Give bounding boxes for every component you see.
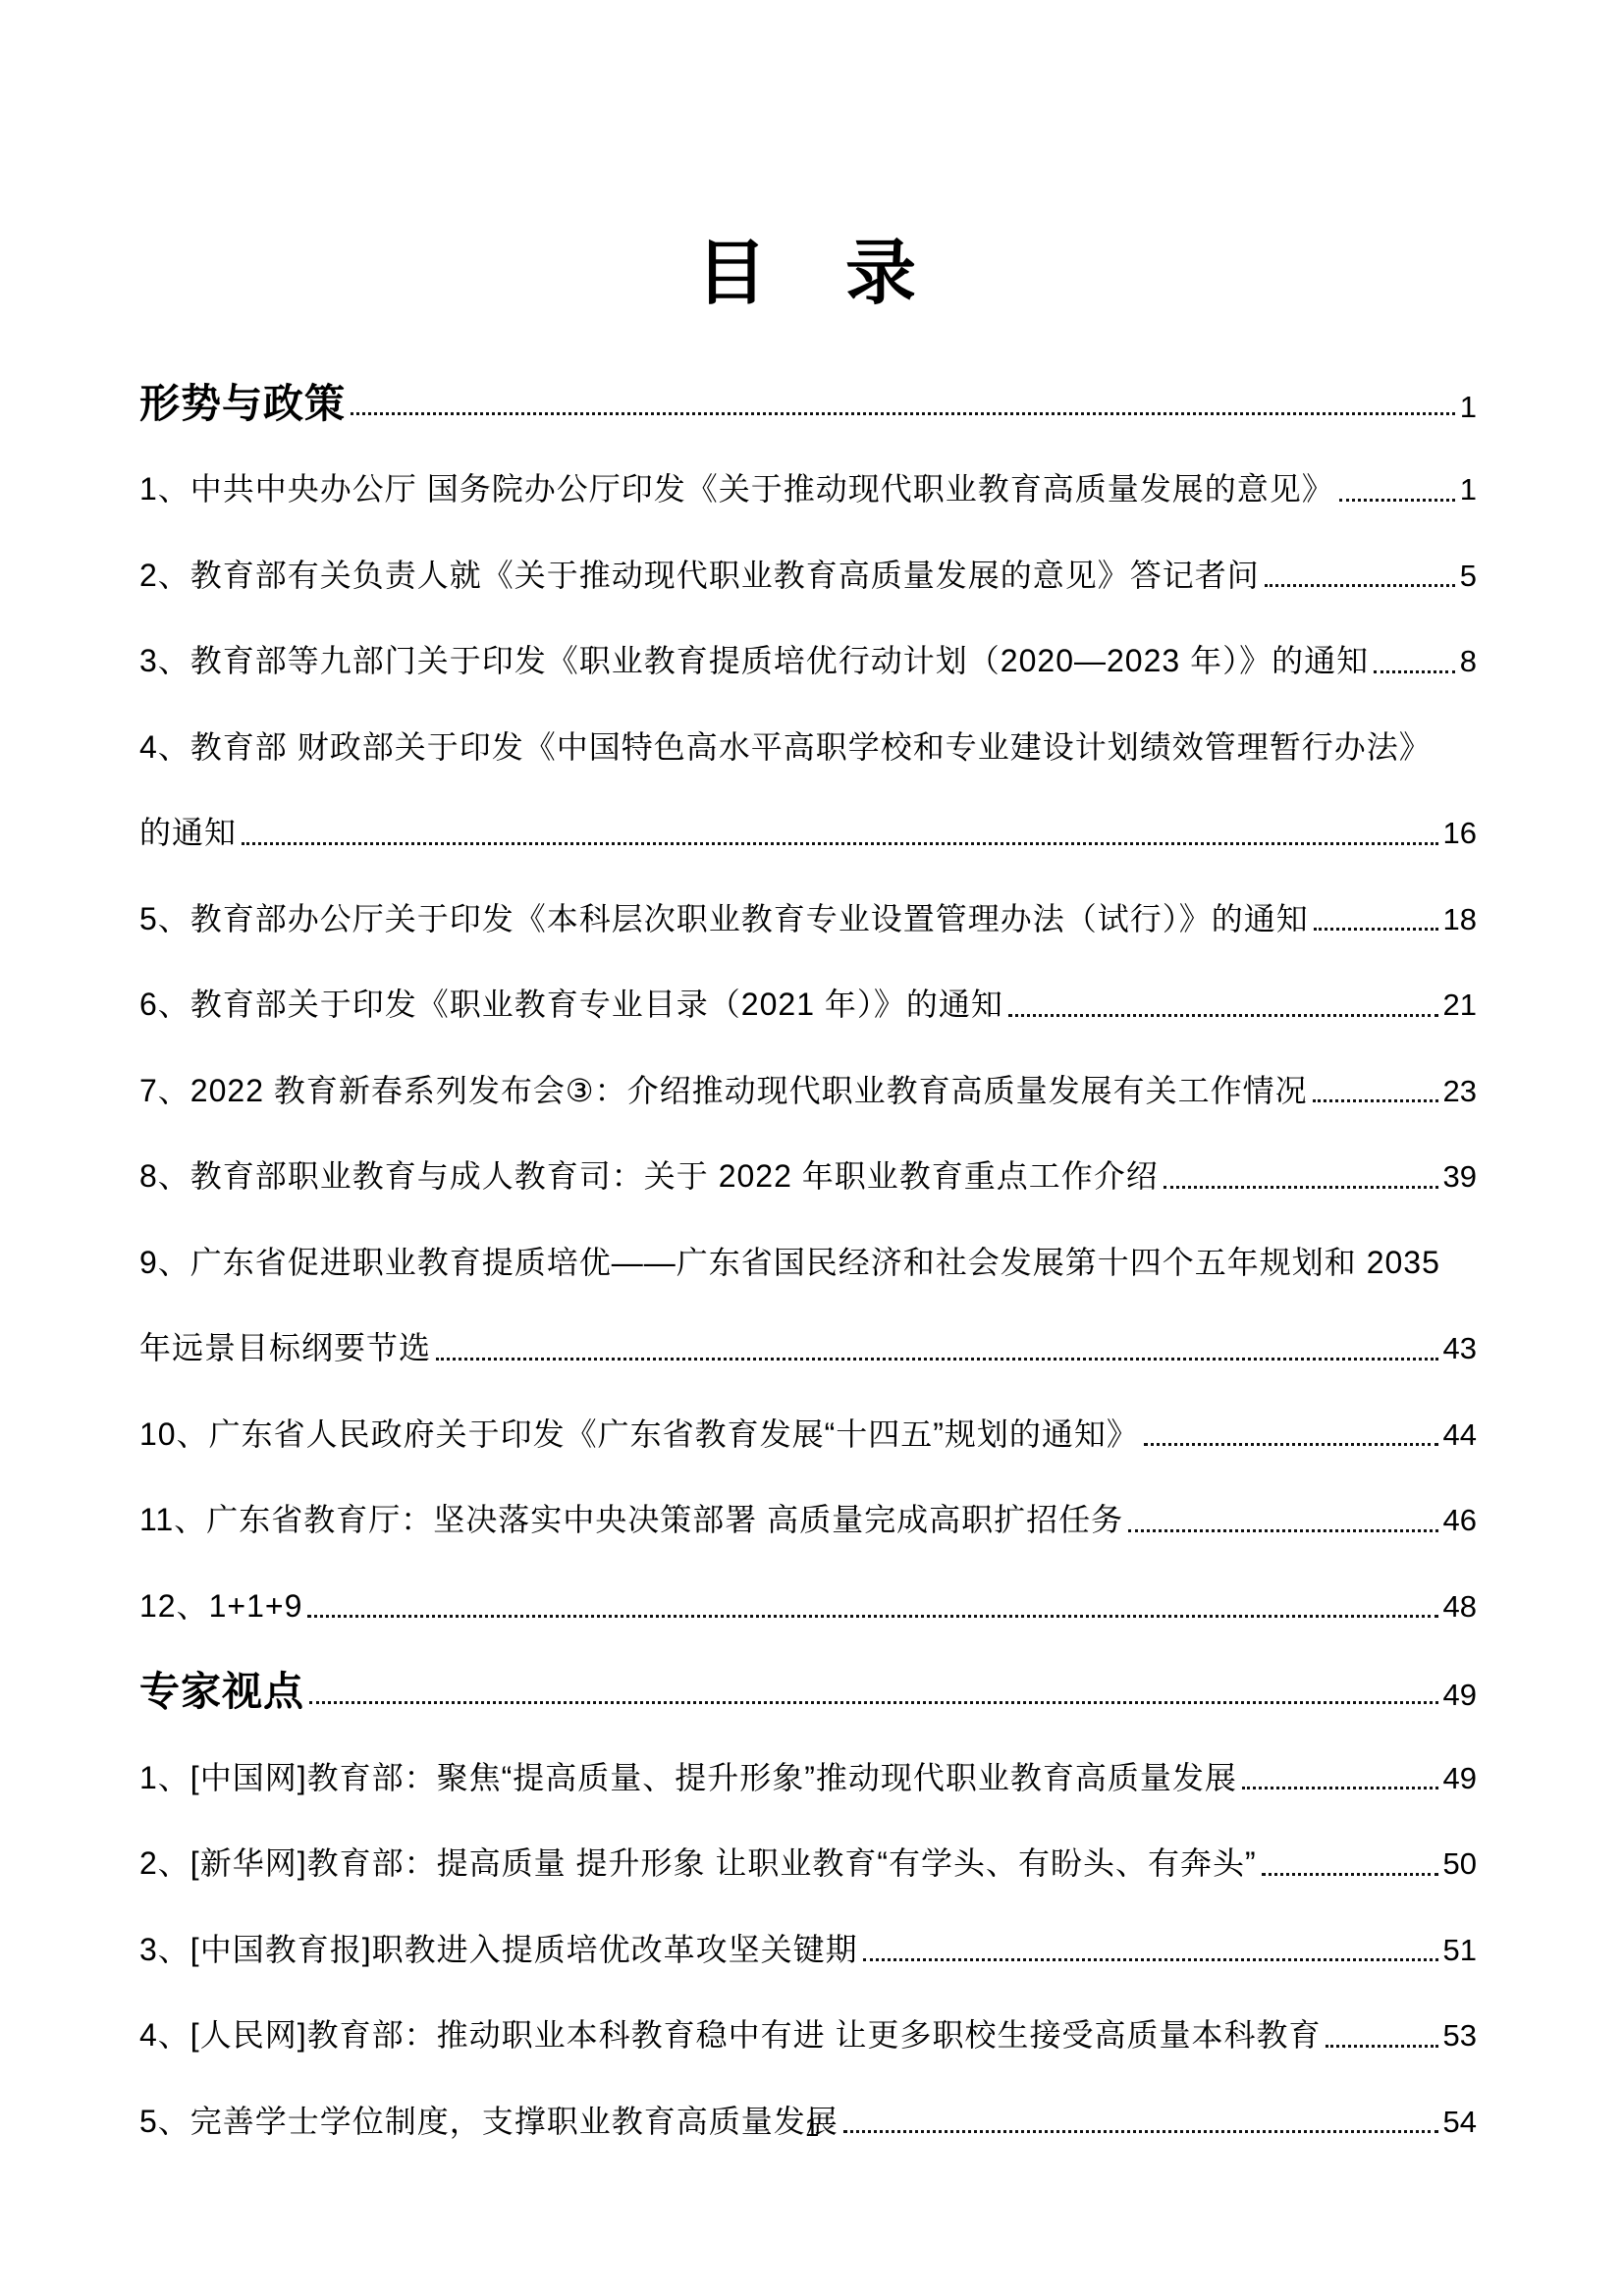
dot-leader (307, 1578, 1437, 1618)
dot-leader (242, 806, 1438, 845)
dot-leader (1144, 1407, 1438, 1446)
toc-entry-label: 5、教育部办公厅关于印发《本科层次职业教育专业设置管理办法（试行）》的通知 (139, 877, 1309, 963)
toc-page-number: 21 (1443, 962, 1477, 1048)
toc-entry-label: 1、[中国网]教育部：聚焦“提高质量、提升形象”推动现代职业教育高质量发展 (139, 1735, 1237, 1822)
toc-section-heading-row[interactable]: 专家视点49 (139, 1649, 1477, 1735)
toc-entry-row[interactable]: 4、教育部 财政部关于印发《中国特色高水平高职学校和专业建设计划绩效管理暂行办法… (139, 705, 1477, 791)
toc-page-number: 48 (1443, 1564, 1477, 1650)
toc-entry-row[interactable]: 9、广东省促进职业教育提质培优——广东省国民经济和社会发展第十四个五年规划和 2… (139, 1220, 1477, 1307)
toc-page-number: 1 (1460, 364, 1477, 448)
toc-entry-label: 的通知 (139, 790, 237, 877)
dot-leader (1242, 1750, 1438, 1789)
toc-page-number: 43 (1443, 1306, 1477, 1392)
toc-entry-label: 4、教育部 财政部关于印发《中国特色高水平高职学校和专业建设计划绩效管理暂行办法… (139, 705, 1432, 791)
toc-entry-row[interactable]: 6、教育部关于印发《职业教育专业目录（2021 年）》的通知21 (139, 962, 1477, 1048)
toc-entry-label: 2、[新华网]教育部：提高质量 提升形象 让职业教育“有学头、有盼头、有奔头” (139, 1821, 1257, 1907)
dot-leader (1164, 1149, 1438, 1189)
toc-section-heading-label: 专家视点 (139, 1649, 304, 1735)
toc-entry-row[interactable]: 1、[中国网]教育部：聚焦“提高质量、提升形象”推动现代职业教育高质量发展49 (139, 1735, 1477, 1822)
toc-entry-label: 2、教育部有关负责人就《关于推动现代职业教育高质量发展的意见》答记者问 (139, 533, 1260, 619)
dot-leader (1008, 978, 1438, 1017)
toc-entry-label: 9、广东省促进职业教育提质培优——广东省国民经济和社会发展第十四个五年规划和 2… (139, 1220, 1440, 1307)
toc-entry-row[interactable]: 11、广东省教育厅：坚决落实中央决策部署 高质量完成高职扩招任务46 (139, 1477, 1477, 1564)
toc-entry-row[interactable]: 2、[新华网]教育部：提高质量 提升形象 让职业教育“有学头、有盼头、有奔头”5… (139, 1821, 1477, 1907)
toc-entry-label: 1、中共中央办公厅 国务院办公厅印发《关于推动现代职业教育高质量发展的意见》 (139, 447, 1334, 533)
toc-entry-label: 6、教育部关于印发《职业教育专业目录（2021 年）》的通知 (139, 962, 1003, 1048)
toc-entry-label: 11、广东省教育厅：坚决落实中央决策部署 高质量完成高职扩招任务 (139, 1477, 1123, 1564)
toc-page-number: 46 (1443, 1477, 1477, 1564)
dot-leader (1262, 1837, 1438, 1876)
toc-entry-label: 10、广东省人民政府关于印发《广东省教育发展“十四五”规划的通知》 (139, 1392, 1139, 1478)
dot-leader (309, 1665, 1438, 1704)
toc-entry-row[interactable]: 3、教育部等九部门关于印发《职业教育提质培优行动计划（2020—2023 年）》… (139, 618, 1477, 705)
toc-page-number: 44 (1443, 1392, 1477, 1478)
toc-page-number: 51 (1443, 1907, 1477, 1994)
toc-entry-row[interactable]: 3、[中国教育报]职教进入提质培优改革攻坚关键期51 (139, 1907, 1477, 1994)
toc-entry-row[interactable]: 2、教育部有关负责人就《关于推动现代职业教育高质量发展的意见》答记者问5 (139, 533, 1477, 619)
toc-entry-row[interactable]: 1、中共中央办公厅 国务院办公厅印发《关于推动现代职业教育高质量发展的意见》1 (139, 447, 1477, 533)
dot-leader (351, 376, 1455, 415)
dot-leader (863, 1922, 1438, 1961)
table-of-contents: 形势与政策11、中共中央办公厅 国务院办公厅印发《关于推动现代职业教育高质量发展… (139, 361, 1477, 2165)
toc-entry-label: 8、教育部职业教育与成人教育司：关于 2022 年职业教育重点工作介绍 (139, 1134, 1159, 1220)
document-page: 目 录 形势与政策11、中共中央办公厅 国务院办公厅印发《关于推动现代职业教育高… (0, 0, 1624, 2296)
dot-leader (1313, 1063, 1438, 1102)
toc-page-number: 23 (1443, 1048, 1477, 1135)
dot-leader (1265, 548, 1455, 587)
toc-page-number: 49 (1443, 1652, 1477, 1735)
toc-page-number: 8 (1460, 618, 1477, 705)
page-title: 目 录 (139, 238, 1477, 312)
toc-entry-label: 7、2022 教育新春系列发布会③：介绍推动现代职业教育高质量发展有关工作情况 (139, 1048, 1308, 1135)
dot-leader (1326, 2008, 1437, 2048)
toc-entry-label: 3、教育部等九部门关于印发《职业教育提质培优行动计划（2020—2023 年）》… (139, 618, 1369, 705)
toc-page-number: 49 (1443, 1735, 1477, 1822)
toc-entry-label: 12、1+1+9 (139, 1564, 302, 1650)
toc-page-number: 53 (1443, 1993, 1477, 2079)
footer-page-number: 1 (0, 2112, 1624, 2143)
toc-entry-row[interactable]: 10、广东省人民政府关于印发《广东省教育发展“十四五”规划的通知》44 (139, 1392, 1477, 1478)
toc-page-number: 5 (1460, 533, 1477, 619)
toc-entry-label: 3、[中国教育报]职教进入提质培优改革攻坚关键期 (139, 1907, 858, 1994)
toc-entry-row[interactable]: 4、[人民网]教育部：推动职业本科教育稳中有进 让更多职校生接受高质量本科教育5… (139, 1993, 1477, 2079)
dot-leader (1374, 634, 1455, 673)
toc-page-number: 16 (1443, 790, 1477, 877)
toc-page-number: 18 (1443, 877, 1477, 963)
toc-section-heading-row[interactable]: 形势与政策1 (139, 361, 1477, 448)
toc-entry-row[interactable]: 8、教育部职业教育与成人教育司：关于 2022 年职业教育重点工作介绍39 (139, 1134, 1477, 1220)
toc-entry-label: 4、[人民网]教育部：推动职业本科教育稳中有进 让更多职校生接受高质量本科教育 (139, 1993, 1321, 2079)
toc-page-number: 39 (1443, 1134, 1477, 1220)
toc-entry-row[interactable]: 年远景目标纲要节选43 (139, 1306, 1477, 1392)
toc-page-number: 1 (1460, 447, 1477, 533)
dot-leader (1339, 462, 1455, 502)
toc-page-number: 50 (1443, 1821, 1477, 1907)
toc-entry-label: 年远景目标纲要节选 (139, 1306, 431, 1392)
toc-entry-row[interactable]: 7、2022 教育新春系列发布会③：介绍推动现代职业教育高质量发展有关工作情况2… (139, 1048, 1477, 1135)
toc-section-heading-label: 形势与政策 (139, 361, 346, 448)
toc-entry-row[interactable]: 12、1+1+948 (139, 1564, 1477, 1650)
toc-entry-row[interactable]: 5、教育部办公厅关于印发《本科层次职业教育专业设置管理办法（试行）》的通知18 (139, 877, 1477, 963)
dot-leader (1128, 1493, 1437, 1532)
toc-entry-row[interactable]: 的通知16 (139, 790, 1477, 877)
dot-leader (1314, 891, 1438, 931)
dot-leader (436, 1321, 1438, 1361)
